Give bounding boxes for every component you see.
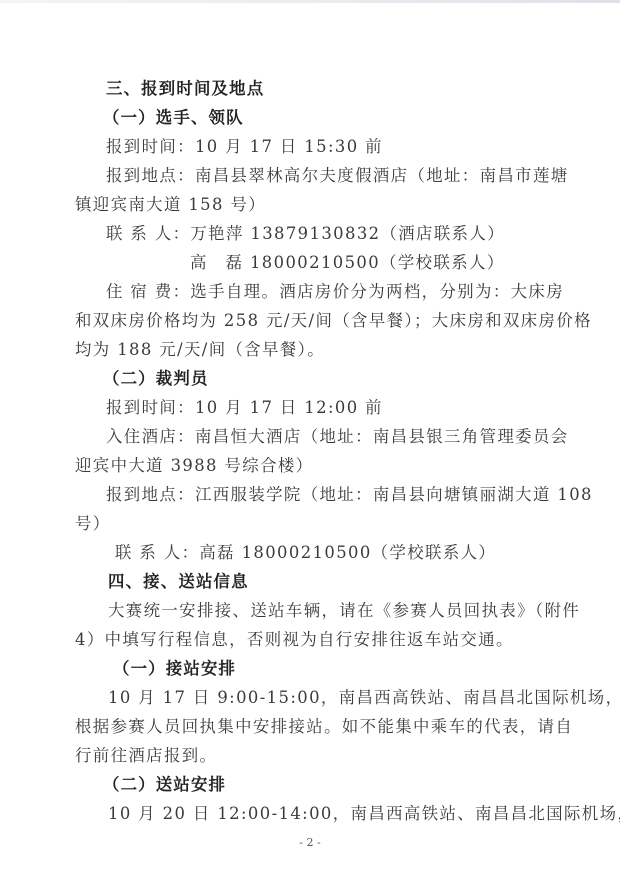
pickup-line-2: 根据参赛人员回执集中安排接站。如不能集中乘车的代表，请自 bbox=[75, 716, 573, 738]
players-report-time: 报到时间：10 月 17 日 15:30 前 bbox=[106, 136, 383, 158]
pickup-line-3: 行前往酒店报到。 bbox=[75, 745, 217, 767]
judges-contact: 联 系 人：高磊 18000210500（学校联系人） bbox=[115, 542, 496, 564]
judges-hotel-line-2: 迎宾中大道 3988 号综合楼） bbox=[75, 455, 313, 477]
shuttle-intro-line-1: 大赛统一安排接、送站车辆，请在《参赛人员回执表》（附件 bbox=[108, 600, 580, 622]
pickup-line-1: 10 月 17 日 9:00-15:00，南昌西高铁站、南昌昌北国际机场， bbox=[108, 687, 620, 709]
judges-report-place-line-1: 报到地点：江西服装学院（地址：南昌县向塘镇丽湖大道 108 bbox=[106, 484, 593, 506]
players-lodging-line-1: 住 宿 费：选手自理。酒店房价分为两档，分别为：大床房 bbox=[106, 281, 564, 303]
section-3-sub-1-heading: （一）选手、领队 bbox=[103, 107, 244, 129]
pickup-heading: （一）接站安排 bbox=[113, 658, 236, 680]
section-3-sub-2-heading: （二）裁判员 bbox=[103, 368, 209, 390]
players-contact-line-2: 高 磊 18000210500（学校联系人） bbox=[190, 252, 505, 274]
page-number: - 2 - bbox=[0, 836, 620, 849]
dropoff-heading: （二）送站安排 bbox=[103, 774, 226, 796]
judges-report-place-line-2: 号） bbox=[75, 513, 111, 535]
section-4-heading: 四、接、送站信息 bbox=[108, 571, 249, 593]
players-lodging-line-3: 均为 188 元/天/间（含早餐）。 bbox=[75, 339, 325, 361]
players-contact-line-1: 联 系 人：万艳萍 13879130832（酒店联系人） bbox=[106, 223, 505, 245]
players-report-place-line-1: 报到地点：南昌县翠林高尔夫度假酒店（地址：南昌市莲塘 bbox=[106, 165, 569, 187]
shuttle-intro-line-2: 4）中填写行程信息，否则视为自行安排往返车站交通。 bbox=[75, 629, 514, 651]
players-report-place-line-2: 镇迎宾南大道 158 号） bbox=[75, 194, 266, 216]
section-3-heading: 三、报到时间及地点 bbox=[106, 78, 264, 100]
dropoff-line-1: 10 月 20 日 12:00-14:00，南昌西高铁站、南昌昌北国际机场， bbox=[108, 803, 620, 825]
document-page: 三、报到时间及地点 （一）选手、领队 报到时间：10 月 17 日 15:30 … bbox=[0, 0, 620, 879]
judges-hotel-line-1: 入住酒店：南昌恒大酒店（地址：南昌县银三角管理委员会 bbox=[106, 426, 569, 448]
players-lodging-line-2: 和双床房价格均为 258 元/天/间（含早餐）；大床房和双床房价格 bbox=[75, 310, 592, 332]
judges-report-time: 报到时间：10 月 17 日 12:00 前 bbox=[106, 397, 383, 419]
